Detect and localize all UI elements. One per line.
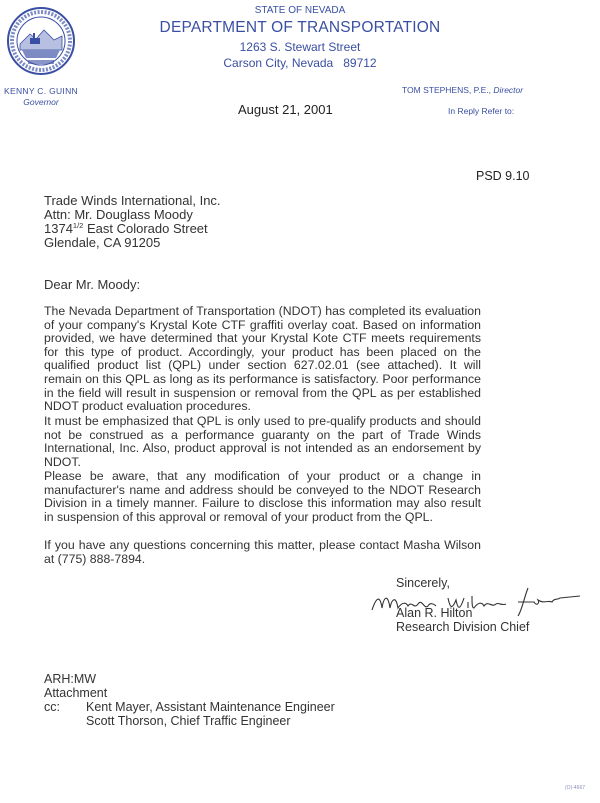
director: TOM STEPHENS, P.E., Director bbox=[402, 85, 523, 95]
form-code: (O)-4667 bbox=[565, 785, 585, 791]
governor-name: KENNY C. GUINN bbox=[2, 86, 80, 96]
reference-initials-block: ARH:MW Attachment bbox=[44, 672, 107, 700]
recipient-city: Glendale, CA 91205 bbox=[44, 236, 221, 250]
recipient-company: Trade Winds International, Inc. bbox=[44, 194, 221, 208]
letterhead-department: DEPARTMENT OF TRANSPORTATION bbox=[0, 19, 600, 37]
signer-name: Alan R. Hilton bbox=[396, 606, 529, 620]
recipient-address: Trade Winds International, Inc. Attn: Mr… bbox=[44, 194, 221, 250]
reference-number: PSD 9.10 bbox=[476, 169, 530, 183]
recipient-attention: Attn: Mr. Douglass Moody bbox=[44, 208, 221, 222]
director-name: TOM STEPHENS, P.E., bbox=[402, 85, 491, 95]
body-paragraph: Please be aware, that any modification o… bbox=[44, 470, 481, 524]
signer-block: Alan R. Hilton Research Division Chief bbox=[396, 606, 529, 634]
cc-label: cc: bbox=[44, 700, 86, 714]
body-paragraph: The Nevada Department of Transportation … bbox=[44, 305, 481, 414]
governor-title: Governor bbox=[2, 97, 80, 107]
cc-recipient: Scott Thorson, Chief Traffic Engineer bbox=[86, 714, 291, 728]
signer-title: Research Division Chief bbox=[396, 620, 529, 634]
enclosure-notation: Attachment bbox=[44, 686, 107, 700]
reply-refer-label: In Reply Refer to: bbox=[448, 106, 514, 116]
cc-recipient: Kent Mayer, Assistant Maintenance Engine… bbox=[86, 700, 335, 714]
cc-list: cc:Kent Mayer, Assistant Maintenance Eng… bbox=[44, 700, 335, 728]
letterhead-address-line1: 1263 S. Stewart Street bbox=[0, 40, 600, 54]
director-title: Director bbox=[493, 85, 523, 95]
body-paragraph: If you have any questions concerning thi… bbox=[44, 539, 481, 566]
letter-date: August 21, 2001 bbox=[238, 102, 333, 117]
letterhead-state: STATE OF NEVADA bbox=[0, 5, 600, 16]
salutation: Dear Mr. Moody: bbox=[44, 277, 140, 292]
recipient-street: 13741/2 East Colorado Street bbox=[44, 222, 221, 236]
body-paragraph: It must be emphasized that QPL is only u… bbox=[44, 415, 481, 469]
typist-initials: ARH:MW bbox=[44, 672, 107, 686]
letterhead-address-line2: Carson City, Nevada 89712 bbox=[0, 56, 600, 70]
